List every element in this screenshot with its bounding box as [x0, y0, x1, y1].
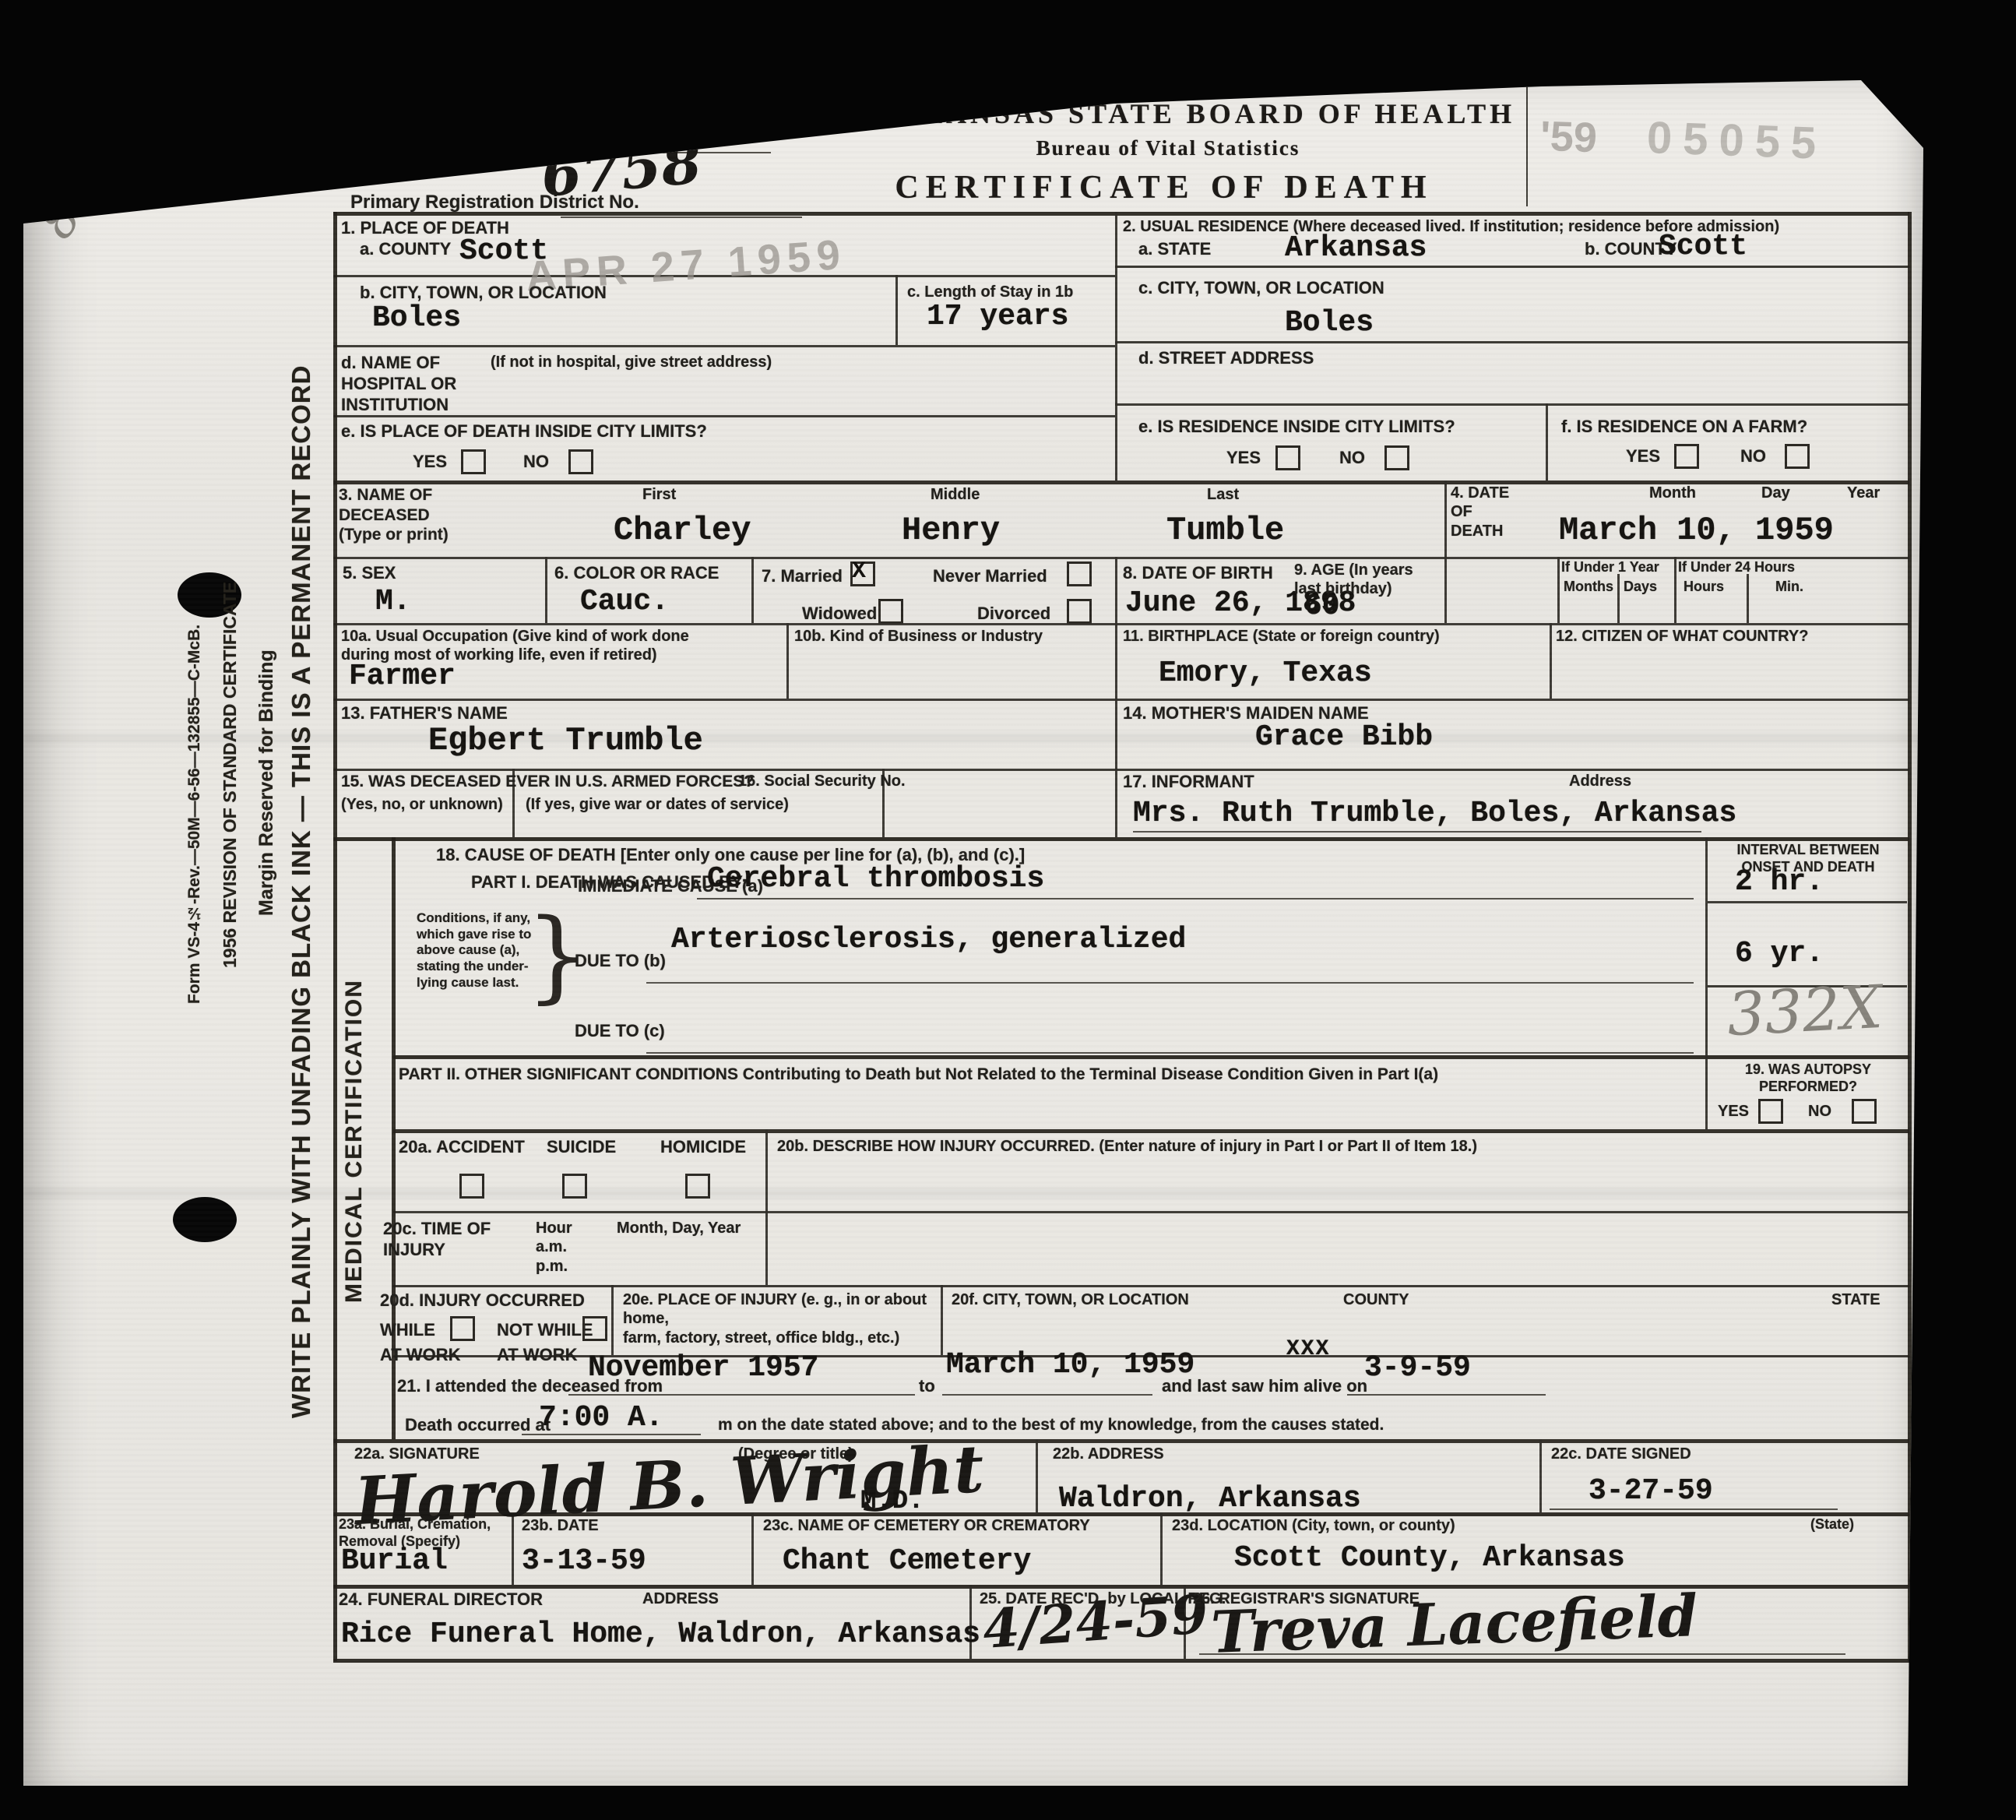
divider — [1908, 212, 1912, 1661]
divider — [941, 1285, 943, 1355]
divider — [568, 1394, 915, 1396]
divider — [751, 1512, 754, 1585]
divider — [1550, 1508, 1838, 1510]
divider — [333, 557, 1909, 559]
divider — [333, 212, 1909, 216]
usual-residence-title: 2. USUAL RESIDENCE (Where deceased lived… — [1123, 217, 1905, 236]
residence-limits-no-label: NO — [1339, 448, 1365, 469]
residence-limits-yes-checkbox — [1275, 445, 1300, 470]
city-town-value: Boles — [372, 301, 461, 335]
informant-value: Mrs. Ruth Trumble, Boles, Arkansas — [1133, 797, 1736, 830]
divider — [393, 1129, 1909, 1133]
days-label: Days — [1624, 579, 1657, 596]
state-note: (State) — [1810, 1516, 1854, 1533]
divider — [1550, 623, 1552, 699]
injury-city-label: 20f. CITY, TOWN, OR LOCATION — [952, 1290, 1189, 1309]
primary-reg-value: 6758 — [539, 129, 705, 210]
certificate-paper: 8:30 Form VS-4½-Rev.—50M—6-56—132855—C-M… — [23, 58, 1923, 1786]
homicide-checkbox — [685, 1174, 710, 1199]
divider — [1115, 403, 1909, 406]
farm-no-checkbox — [1785, 444, 1810, 469]
never-married-checkbox — [1067, 561, 1092, 586]
divider — [765, 1129, 768, 1285]
widowed-label: Widowed — [802, 604, 877, 625]
street-address-label: d. STREET ADDRESS — [1138, 348, 1314, 369]
death-limits-yes-checkbox — [461, 449, 486, 474]
divider — [333, 212, 337, 1661]
last-saw-alive-value: 3-9-59 — [1364, 1351, 1471, 1385]
death-occurred-label: Death occurred at — [405, 1415, 551, 1436]
while-at-work-checkbox — [450, 1316, 475, 1341]
divider — [1347, 1394, 1546, 1396]
date-signed-value: 3-27-59 — [1589, 1474, 1713, 1508]
divider — [1557, 557, 1560, 623]
autopsy-no-checkbox — [1852, 1099, 1877, 1124]
divider — [333, 623, 1909, 625]
divider — [1115, 623, 1117, 699]
funeral-director-label: 24. FUNERAL DIRECTOR — [339, 1589, 543, 1611]
divider — [1115, 212, 1117, 481]
armed-forces-label: 15. WAS DECEASED EVER IN U.S. ARMED FORC… — [341, 772, 754, 792]
divider — [522, 1434, 701, 1435]
divider — [393, 1285, 1909, 1287]
burial-date-label: 23b. DATE — [522, 1516, 599, 1535]
farm-yes-checkbox — [1674, 444, 1699, 469]
death-limits-yes-label: YES — [413, 452, 447, 473]
date-of-death-label: 4. DATE OF DEATH — [1451, 484, 1509, 540]
middle-name-label: Middle — [931, 485, 980, 504]
divider — [1546, 403, 1548, 481]
divider — [1115, 341, 1909, 343]
fathers-name-label: 13. FATHER'S NAME — [341, 703, 508, 724]
physician-address-value: Waldron, Arkansas — [1059, 1482, 1361, 1515]
date-of-death-value: March 10, 1959 — [1559, 512, 1834, 549]
married-label: 7. Married — [762, 566, 843, 587]
while-label: WHILE — [380, 1320, 435, 1341]
residence-farm-label: f. IS RESIDENCE ON A FARM? — [1561, 417, 1807, 438]
funeral-address-label: ADDRESS — [642, 1589, 719, 1608]
divider — [393, 1055, 1909, 1059]
medical-certification-label: MEDICAL CERTIFICATION — [341, 853, 368, 1429]
death-year-label: Year — [1847, 484, 1880, 502]
reg-district-label: Registration District No. — [350, 126, 565, 149]
divider — [895, 275, 898, 345]
accident-checkbox — [459, 1174, 484, 1199]
divider — [545, 557, 547, 623]
divider — [1674, 557, 1676, 623]
divider — [333, 837, 1909, 841]
margin-binding-note: Margin Reserved for Binding — [255, 635, 278, 931]
sex-value: M. — [375, 585, 411, 618]
interval-a-value: 2 hr. — [1735, 865, 1824, 899]
name-of-deceased-label: 3. NAME OF DECEASED (Type or print) — [339, 485, 449, 545]
hours-label: Hours — [1684, 579, 1724, 596]
pencil-note: 8:30 — [28, 128, 137, 249]
race-label: 6. COLOR OR RACE — [554, 563, 719, 584]
first-name-label: First — [642, 485, 676, 504]
reg-district-value: 566 — [527, 61, 639, 128]
divider — [1526, 72, 1528, 206]
birthplace-label: 11. BIRTHPLACE (State or foreign country… — [1123, 627, 1440, 646]
divider — [1444, 557, 1447, 623]
informant-address-label: Address — [1569, 772, 1631, 790]
residence-county-value: Scott — [1659, 230, 1747, 263]
city-town-label: b. CITY, TOWN, OR LOCATION — [360, 283, 607, 304]
death-occurred-note: m on the date stated above; and to the b… — [718, 1415, 1384, 1435]
immediate-cause-value: Cerebral thrombosis — [707, 862, 1044, 896]
due-to-c-label: DUE TO (c) — [575, 1021, 665, 1042]
burial-date-value: 3-13-59 — [522, 1544, 646, 1578]
injury-occurred-label: 20d. INJURY OCCURRED — [380, 1290, 585, 1311]
sex-label: 5. SEX — [343, 563, 396, 584]
citizen-label: 12. CITIZEN OF WHAT COUNTRY? — [1556, 627, 1808, 646]
middle-name-value: Henry — [902, 512, 1000, 549]
divider — [646, 982, 1694, 984]
last-name-value: Tumble — [1166, 512, 1284, 549]
injury-county-label: COUNTY — [1343, 1290, 1409, 1309]
armed-forces-note1: (Yes, no, or unknown) — [341, 795, 503, 814]
divider — [942, 1394, 1152, 1396]
divider — [1115, 769, 1117, 837]
file-stamp-year: '59 — [1539, 112, 1598, 163]
divider — [1115, 557, 1117, 623]
due-to-b-label: DUE TO (b) — [575, 951, 666, 972]
divider — [751, 557, 754, 623]
divider — [1617, 574, 1620, 623]
death-limits-no-label: NO — [523, 452, 549, 473]
farm-no-label: NO — [1740, 446, 1766, 467]
divider — [333, 699, 1909, 701]
xxx-strikeout: XXX — [1286, 1337, 1330, 1361]
homicide-label: HOMICIDE — [660, 1137, 746, 1158]
divorced-label: Divorced — [977, 604, 1050, 625]
married-check-mark: X — [852, 558, 866, 585]
divider — [1747, 574, 1749, 623]
burial-location-label: 23d. LOCATION (City, town, or county) — [1172, 1516, 1455, 1535]
not-while-label: NOT WHILE — [497, 1320, 593, 1341]
divider — [1708, 901, 1907, 903]
burial-type-value: Burial — [341, 1544, 448, 1578]
injury-state-label: STATE — [1831, 1290, 1881, 1309]
divider — [561, 216, 802, 218]
conditions-note: Conditions, if any, which gave rise to a… — [417, 910, 531, 991]
divider — [1133, 831, 1701, 833]
part2-label: PART II. OTHER SIGNIFICANT CONDITIONS Co… — [399, 1065, 1691, 1085]
residence-state-label: a. STATE — [1138, 239, 1211, 260]
under-1-year-label: If Under 1 Year — [1561, 559, 1659, 576]
county-label: a. COUNTY — [360, 239, 451, 260]
injury-hour-label: Hour a.m. p.m. — [536, 1219, 572, 1276]
autopsy-yes-checkbox — [1758, 1099, 1783, 1124]
min-label: Min. — [1775, 579, 1803, 596]
last-name-label: Last — [1207, 485, 1239, 504]
armed-forces-note2: (If yes, give war or dates of service) — [526, 795, 789, 814]
divider — [1444, 481, 1447, 557]
residence-city-limits-label: e. IS RESIDENCE INSIDE CITY LIMITS? — [1138, 417, 1455, 438]
time-of-injury-label: 20c. TIME OF INJURY — [383, 1219, 491, 1261]
physician-address-label: 22b. ADDRESS — [1053, 1445, 1164, 1463]
place-of-injury-label: 20e. PLACE OF INJURY (e. g., in or about… — [623, 1290, 934, 1347]
date-of-birth-label: 8. DATE OF BIRTH — [1123, 563, 1273, 584]
hospital-label: d. NAME OF HOSPITAL OR INSTITUTION — [341, 353, 456, 415]
margin-form-number: Form VS-4½-Rev.—50M—6-56—132855—C-McB. — [185, 588, 204, 1040]
certificate-title: CERTIFICATE OF DEATH — [892, 169, 1437, 206]
divider — [333, 769, 1909, 771]
residence-limits-yes-label: YES — [1226, 448, 1261, 469]
not-while-at-work-checkbox — [582, 1316, 607, 1341]
hole-punch — [173, 1197, 237, 1242]
divider — [786, 623, 789, 699]
residence-state-value: Arkansas — [1285, 231, 1427, 265]
never-married-label: Never Married — [933, 566, 1047, 587]
attended-from-value: November 1957 — [588, 1351, 818, 1385]
divider — [611, 1285, 614, 1355]
divider — [1036, 1439, 1038, 1512]
divider — [333, 345, 1115, 347]
fathers-name-value: Egbert Trumble — [428, 722, 703, 759]
autopsy-no-label: NO — [1808, 1102, 1831, 1121]
margin-revision-note: 1956 REVISION OF STANDARD CERTIFICATE — [220, 526, 241, 1024]
death-city-limits-label: e. IS PLACE OF DEATH INSIDE CITY LIMITS? — [341, 421, 707, 442]
date-signed-label: 22c. DATE SIGNED — [1551, 1445, 1691, 1463]
residence-city-label: c. CITY, TOWN, OR LOCATION — [1138, 278, 1384, 299]
residence-limits-no-checkbox — [1384, 445, 1409, 470]
death-limits-no-checkbox — [568, 449, 593, 474]
margin-permanent-note: WRITE PLAINLY WITH UNFADING BLACK INK — … — [287, 269, 316, 1515]
hospital-note: (If not in hospital, give street address… — [491, 353, 772, 371]
scanned-death-certificate: 8:30 Form VS-4½-Rev.—50M—6-56—132855—C-M… — [0, 0, 2016, 1820]
divider — [1160, 1512, 1163, 1585]
bureau-subtitle: Bureau of Vital Statistics — [981, 136, 1355, 160]
at-work-label-1: AT WORK — [380, 1345, 460, 1366]
divider — [1115, 266, 1909, 268]
last-saw-alive-label: and last saw him alive on — [1162, 1376, 1367, 1397]
cemetery-value: Chant Cemetery — [783, 1544, 1031, 1578]
mothers-name-value: Grace Bibb — [1255, 720, 1433, 754]
months-label: Months — [1564, 579, 1613, 596]
divider — [697, 898, 1694, 899]
ssn-label: 16. Social Security No. — [738, 772, 906, 790]
divider — [1199, 1653, 1845, 1655]
injury-date-label: Month, Day, Year — [617, 1219, 741, 1237]
burial-location-value: Scott County, Arkansas — [1234, 1541, 1625, 1575]
file-stamp-number: 05055 — [1646, 111, 1828, 170]
attended-to-value: March 10, 1959 — [946, 1348, 1194, 1382]
divider — [393, 1211, 1909, 1213]
residence-city-value: Boles — [1285, 306, 1374, 340]
farm-yes-label: YES — [1626, 446, 1660, 467]
informant-label: 17. INFORMANT — [1123, 772, 1254, 793]
describe-injury-label: 20b. DESCRIBE HOW INJURY OCCURRED. (Ente… — [777, 1137, 1867, 1156]
degree-value: M.D. — [860, 1487, 924, 1516]
cemetery-label: 23c. NAME OF CEMETERY OR CREMATORY — [763, 1516, 1090, 1535]
divorced-checkbox — [1067, 599, 1092, 624]
divider — [459, 152, 771, 153]
board-title: ARKANSAS STATE BOARD OF HEALTH — [872, 97, 1464, 130]
industry-label: 10b. Kind of Business or Industry — [794, 627, 1043, 646]
length-of-stay-value: 17 years — [927, 300, 1068, 333]
suicide-checkbox — [562, 1174, 587, 1199]
birthplace-value: Emory, Texas — [1159, 657, 1372, 690]
age-value: 60 — [1304, 590, 1340, 623]
suicide-label: SUICIDE — [547, 1137, 616, 1158]
death-month-label: Month — [1649, 484, 1696, 502]
code-332x: 332X — [1726, 972, 1884, 1049]
autopsy-label: 19. WAS AUTOPSY PERFORMED? — [1715, 1061, 1902, 1096]
death-day-label: Day — [1761, 484, 1790, 502]
attended-to-label: to — [919, 1376, 935, 1397]
at-work-label-2: AT WORK — [497, 1345, 577, 1366]
due-to-b-value: Arteriosclerosis, generalized — [671, 923, 1186, 956]
divider — [646, 1052, 1694, 1054]
divider — [1115, 699, 1117, 769]
divider — [1705, 837, 1708, 1129]
death-time-value: 7:00 A. — [539, 1401, 663, 1435]
accident-label: 20a. ACCIDENT — [399, 1137, 525, 1158]
occupation-value: Farmer — [349, 660, 456, 693]
under-24-hours-label: If Under 24 Hours — [1678, 559, 1795, 576]
length-of-stay-label: c. Length of Stay in 1b — [907, 283, 1073, 301]
divider — [333, 1659, 1909, 1663]
race-value: Cauc. — [580, 585, 669, 618]
divider — [1539, 1439, 1542, 1512]
funeral-director-value: Rice Funeral Home, Waldron, Arkansas — [341, 1618, 980, 1651]
widowed-checkbox — [878, 599, 903, 624]
interval-b-value: 6 yr. — [1735, 937, 1824, 970]
first-name-value: Charley — [614, 512, 751, 549]
autopsy-yes-label: YES — [1718, 1102, 1749, 1121]
divider — [333, 1439, 1909, 1443]
